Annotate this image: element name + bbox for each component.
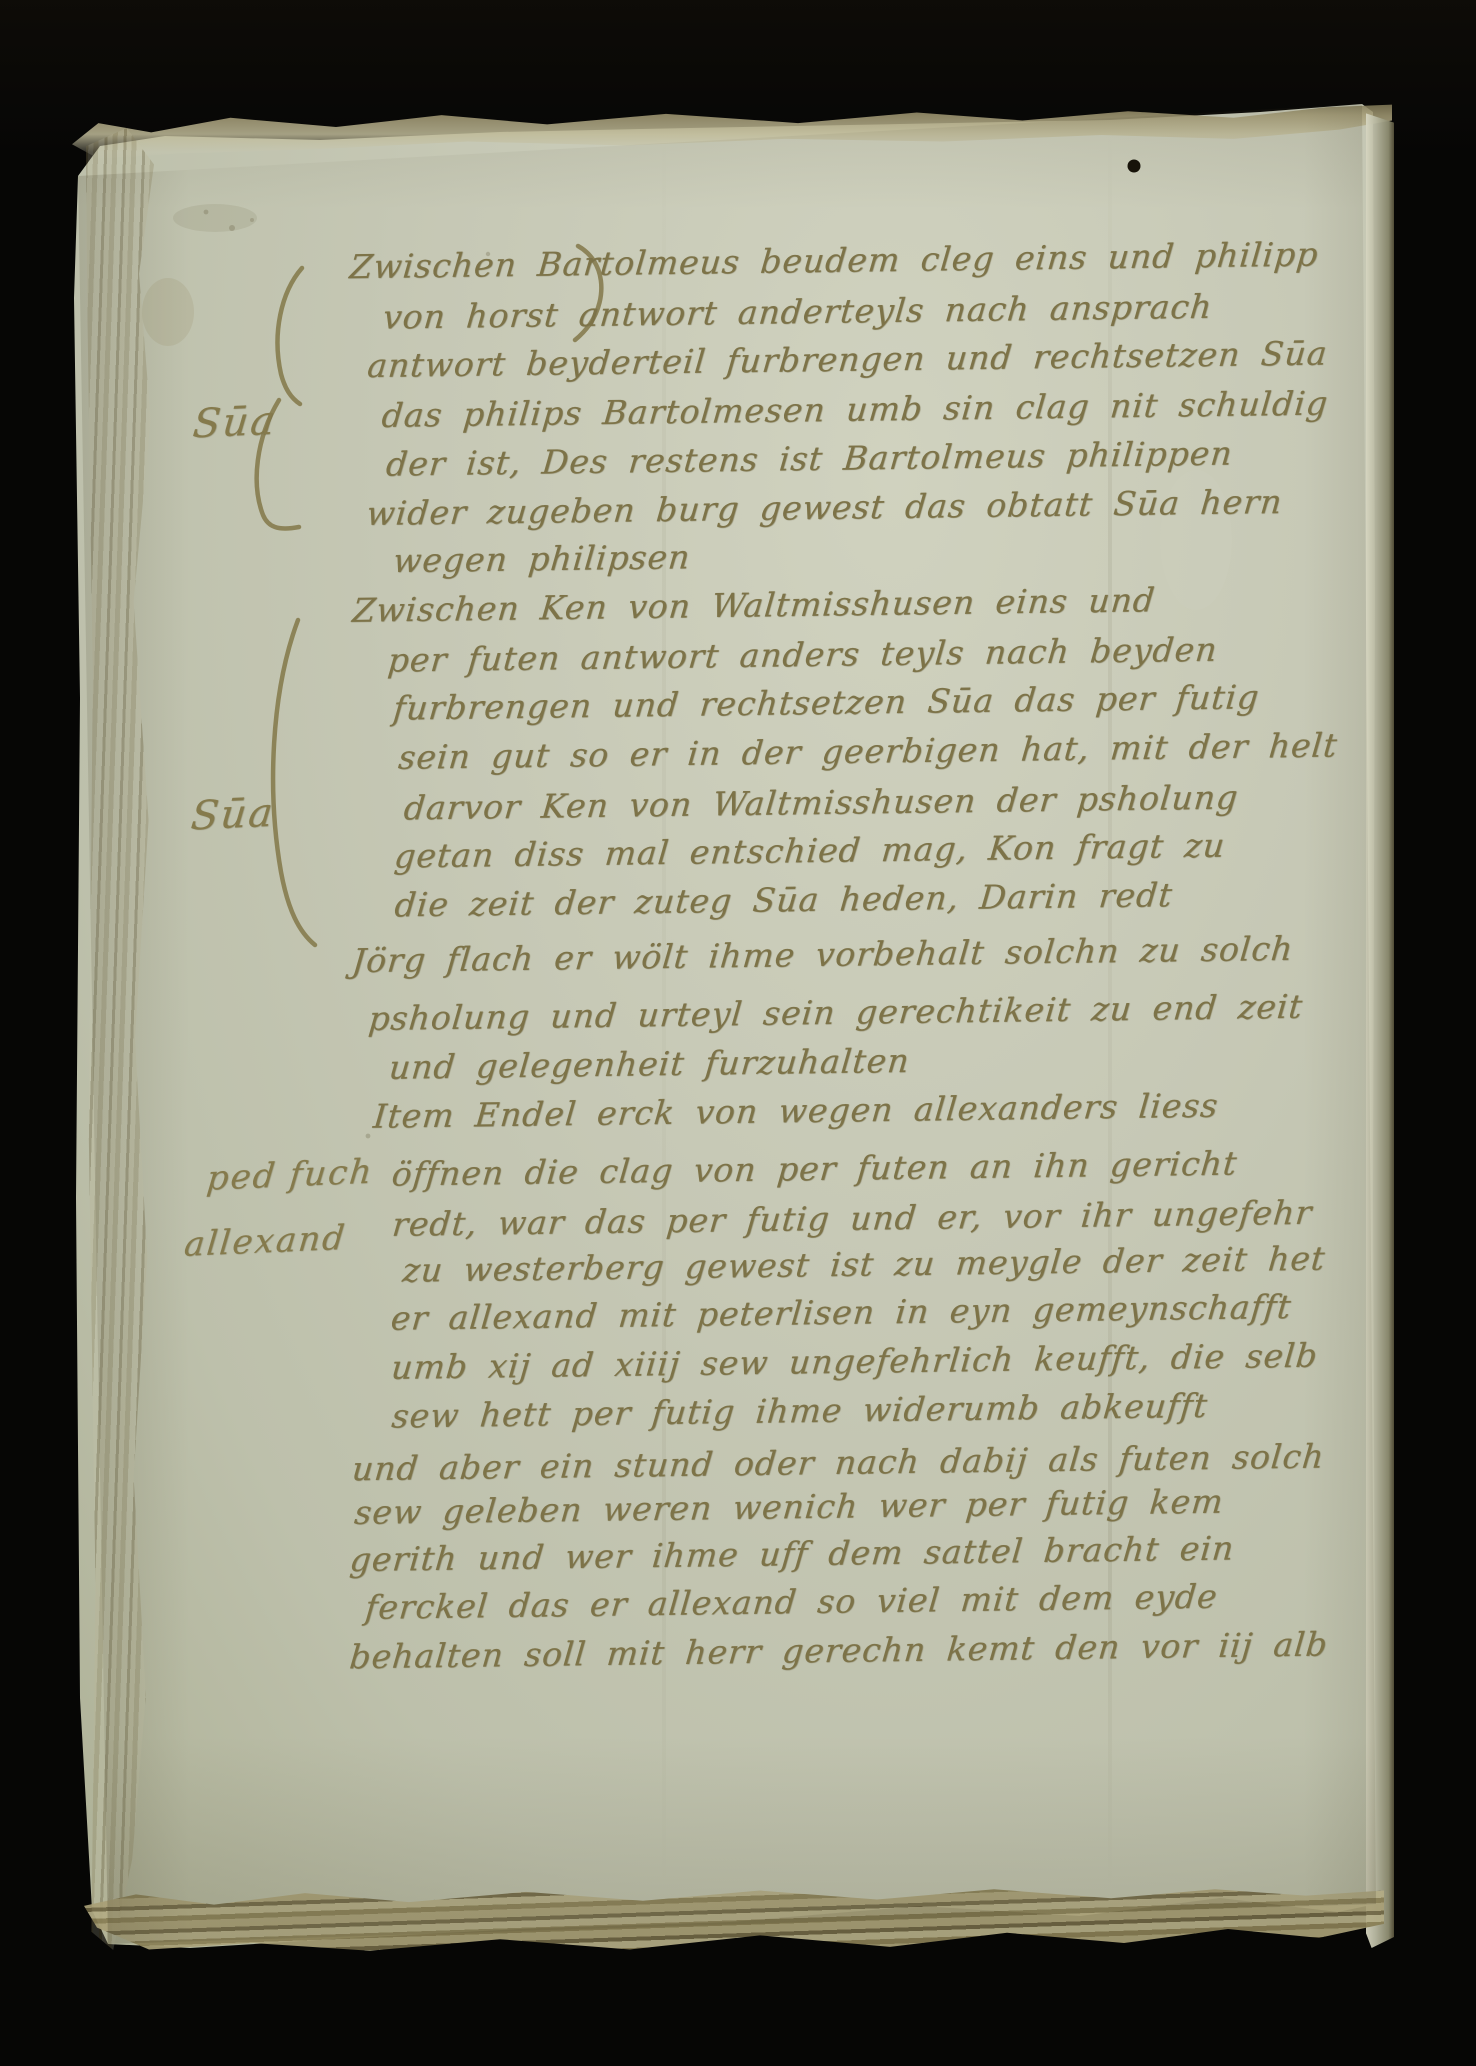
text-line: der ist, Des restens ist Bartolmeus phil… [385,434,1235,484]
margin-note-summa-2: Sūa [189,790,277,840]
text-line: darvor Ken von Waltmisshusen der psholun… [402,778,1240,828]
text-line: sew hett per futig ihme widerumb abkeuff… [390,1386,1210,1436]
handwriting-layer: Sūa Sūa ped fuch allexand Zwischen Barto… [0,0,1476,2066]
text-line: behalten soll mit herr gerechn kemt den … [348,1625,1330,1677]
margin-note-party-name-1: ped fuch [205,1152,375,1199]
text-line: gerith und wer ihme uff dem sattel brach… [348,1528,1236,1579]
text-line: von horst antwort anderteyls nach anspra… [381,287,1214,337]
margin-note-party-name-2: allexand [182,1218,348,1265]
text-line: psholung und urteyl sein gerechtikeit zu… [367,987,1305,1038]
text-line: ferckel das er allexand so viel mit dem … [364,1577,1220,1627]
text-line: antwort beyderteil furbrengen und rechts… [366,334,1330,386]
text-line: Jörg flach er wölt ihme vorbehalt solchn… [350,929,1295,980]
text-line: redt, war das per futig und er, vor ihr … [390,1193,1313,1244]
manuscript-scan: { "photo": { "background_color": "#06060… [0,0,1476,2066]
text-line: Item Endel erck von wegen allexanders li… [372,1086,1221,1136]
text-line: getan diss mal entschied mag, Kon fragt … [393,826,1227,876]
text-line: Zwischen Bartolmeus beudem cleg eins und… [348,235,1320,287]
text-line: zu westerberg gewest ist zu meygle der z… [401,1239,1327,1290]
text-line: und gelegenheit furzuhalten [387,1041,911,1087]
text-line: und aber ein stund oder nach dabij als f… [350,1437,1326,1489]
text-line: wider zugeben burg gewest das obtatt Sūa… [365,482,1284,533]
text-line: umb xij ad xiiij sew ungefehrlich keufft… [390,1336,1320,1387]
text-line: Zwischen Ken von Waltmisshusen eins und [351,580,1157,630]
text-line: die zeit der zuteg Sūa heden, Darin redt [393,875,1174,924]
text-line: sew geleben weren wenich wer per futig k… [353,1482,1226,1532]
margin-note-summa-1: Sūa [191,398,279,448]
text-line: er allexand mit peterlisen in eyn gemeyn… [389,1287,1293,1338]
text-line: wegen philipsen [391,537,692,580]
text-line: sein gut so er in der geerbigen hat, mit… [397,726,1340,777]
text-line: furbrengen und rechtsetzen Sūa das per f… [391,677,1261,727]
text-line: per futen antwort anders teyls nach beyd… [386,630,1219,680]
text-line: öffnen die clag von per futen an ihn ger… [390,1144,1239,1194]
text-line: das philips Bartolmesen umb sin clag nit… [380,384,1330,435]
